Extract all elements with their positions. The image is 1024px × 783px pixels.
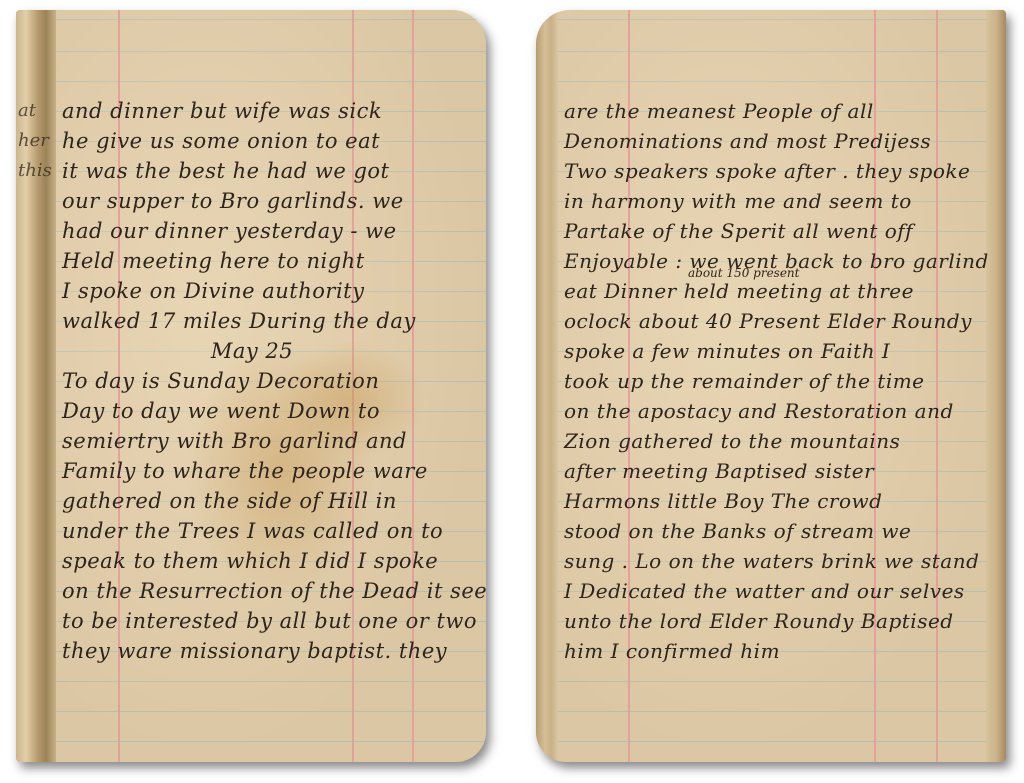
text-line: to be interested by all but one or two [62,606,486,636]
text-line: under the Trees I was called on to [62,516,486,546]
text-line: are the meanest People of all [564,96,989,126]
text-line: spoke a few minutes on Faith I [564,336,989,366]
text-line: Denominations and most Predijess [564,126,989,156]
text-line: and dinner but wife was sick [62,96,486,126]
text-line: on the apostacy and Restoration and [564,396,989,426]
binding-spine [986,10,1006,762]
date-heading: May 25 [62,336,442,366]
text-line: in harmony with me and seem to [564,186,989,216]
left-diary-page: at her this and dinner but wife was sick… [16,10,486,762]
text-line: Held meeting here to night [62,246,486,276]
text-line: stood on the Banks of stream we [564,516,989,546]
text-line: our supper to Bro garlinds. we [62,186,486,216]
bleed-through-text: at her this [18,96,52,186]
text-line: unto the lord Elder Roundy Baptised [564,606,989,636]
right-page-text: are the meanest People of all Denominati… [564,96,989,666]
text-line: walked 17 miles During the day [62,306,486,336]
right-diary-page: about 150 present are the meanest People… [536,10,1006,762]
page-edge [536,10,558,762]
text-line: had our dinner yesterday - we [62,216,486,246]
text-line: Enjoyable : we went back to bro garlind [564,246,989,276]
text-line: Harmons little Boy The crowd [564,486,989,516]
text-line: Partake of the Sperit all went off [564,216,989,246]
left-page-text: and dinner but wife was sick he give us … [62,96,486,666]
text-line: Two speakers spoke after . they spoke [564,156,989,186]
text-line: I Dedicated the watter and our selves [564,576,989,606]
text-line: semiertry with Bro garlind and [62,426,486,456]
text-line: speak to them which I did I spoke [62,546,486,576]
text-line: him I confirmed him [564,636,989,666]
text-line: eat Dinner held meeting at three [564,276,989,306]
text-line: sung . Lo on the waters brink we stand [564,546,989,576]
text-line: they ware missionary baptist. they [62,636,486,666]
text-line: I spoke on Divine authority [62,276,486,306]
text-line: Family to whare the people ware [62,456,486,486]
text-line: it was the best he had we got [62,156,486,186]
text-line: gathered on the side of Hill in [62,486,486,516]
text-line: oclock about 40 Present Elder Roundy [564,306,989,336]
text-line: on the Resurrection of the Dead it seem [62,576,486,606]
text-line: took up the remainder of the time [564,366,989,396]
text-line: To day is Sunday Decoration [62,366,486,396]
text-line: Zion gathered to the mountains [564,426,989,456]
text-line: he give us some onion to eat [62,126,486,156]
text-line: Day to day we went Down to [62,396,486,426]
text-line: after meeting Baptised sister [564,456,989,486]
